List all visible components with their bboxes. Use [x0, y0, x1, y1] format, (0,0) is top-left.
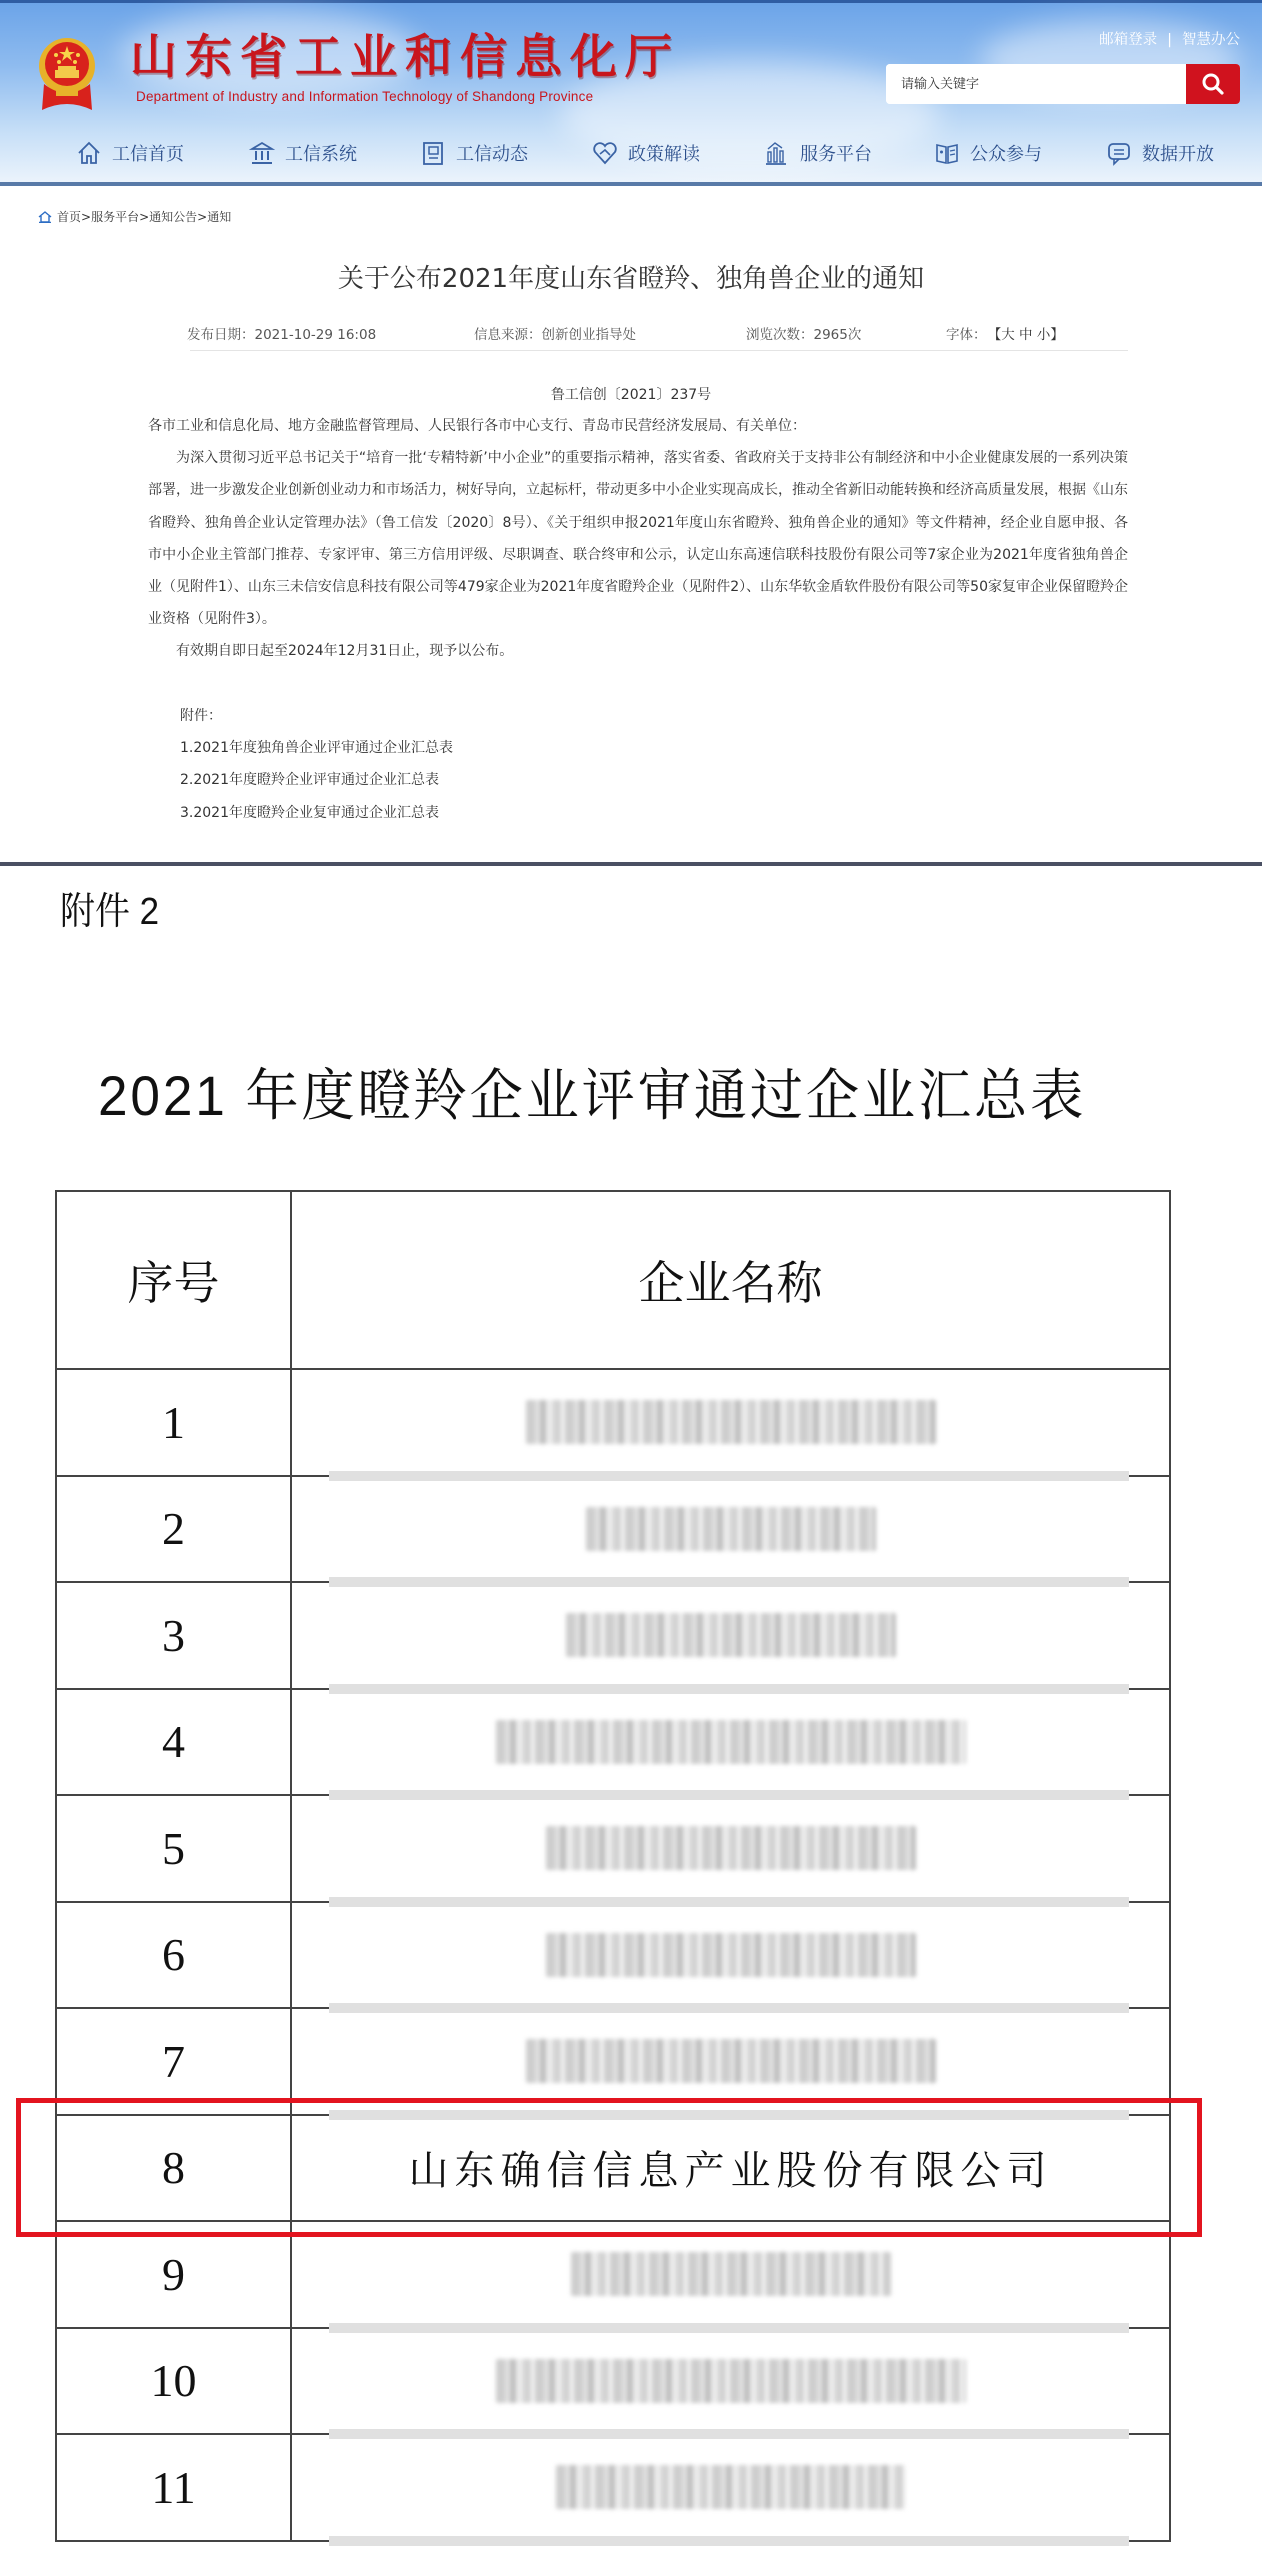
redacted-name [526, 2039, 936, 2083]
redaction-shade [329, 2323, 1129, 2333]
enterprise-table: 序号 企业名称 12345678山东确信信息产业股份有限公司91011 [55, 1190, 1171, 2542]
nav-label: 服务平台 [800, 140, 872, 166]
publish-date-value: 2021-10-29 16:08 [255, 327, 377, 343]
row-number: 9 [56, 2221, 291, 2328]
home-icon [76, 140, 102, 166]
article-title: 关于公布2021年度山东省瞪羚、独角兽企业的通知 [0, 258, 1262, 295]
info-source-value: 创新创业指导处 [542, 327, 637, 343]
enterprise-name: 山东确信信息产业股份有限公司 [409, 2148, 1053, 2194]
paragraph-validity: 有效期自即日起至2024年12月31日止，现予以公布。 [148, 635, 1128, 667]
attachment-link-2[interactable]: 2.2021年度瞪羚企业评审通过企业汇总表 [180, 764, 453, 796]
nav-item-public[interactable]: 公众参与 [934, 133, 1042, 173]
info-source: 信息来源：创新创业指导处 [474, 323, 636, 343]
table-row-highlighted: 8山东确信信息产业股份有限公司 [56, 2115, 1170, 2222]
redacted-name [566, 1613, 896, 1657]
handshake-heart-icon [592, 140, 618, 166]
redaction-shade [329, 1684, 1129, 1694]
redacted-name [571, 2252, 891, 2296]
row-number: 2 [56, 1476, 291, 1583]
row-number: 5 [56, 1795, 291, 1902]
view-count: 浏览次数：2965次 [746, 323, 861, 343]
home-icon [38, 211, 52, 223]
site-header: 山东省工业和信息化厅 Department of Industry and In… [0, 0, 1262, 186]
meta-divider [190, 350, 1128, 351]
breadcrumb-home[interactable]: 首页 [57, 210, 81, 224]
redaction-shade [329, 1897, 1129, 1907]
redaction-shade [329, 2536, 1129, 2546]
enterprise-name-cell [291, 1689, 1170, 1796]
nav-label: 数据开放 [1142, 140, 1214, 166]
redaction-shade [329, 1790, 1129, 1800]
redacted-name [496, 1720, 966, 1764]
font-size-medium[interactable]: 中 [1019, 327, 1033, 343]
header-top-line [0, 0, 1262, 3]
search-input[interactable] [886, 64, 1186, 104]
row-number: 10 [56, 2328, 291, 2435]
redacted-name [586, 1507, 876, 1551]
table-row: 7 [56, 2008, 1170, 2115]
breadcrumb-separator: > [81, 210, 91, 224]
breadcrumb-service-platform[interactable]: 服务平台 [91, 210, 139, 224]
attachment-link-3[interactable]: 3.2021年度瞪羚企业复审通过企业汇总表 [180, 797, 453, 829]
redaction-shade [329, 2429, 1129, 2439]
view-count-value: 2965次 [814, 327, 862, 343]
redacted-name [496, 2359, 966, 2403]
document-title: 2021 年度瞪羚企业评审通过企业汇总表 [98, 1052, 1086, 1132]
row-number: 3 [56, 1582, 291, 1689]
redaction-shade [329, 2003, 1129, 2013]
enterprise-name-cell [291, 2221, 1170, 2328]
nav-label: 公众参与 [970, 140, 1042, 166]
redacted-name [546, 1933, 916, 1977]
nav-item-open-data[interactable]: 数据开放 [1106, 133, 1214, 173]
redaction-shade [329, 2110, 1129, 2120]
nav-item-policy[interactable]: 政策解读 [592, 133, 700, 173]
nav-label: 工信动态 [456, 140, 528, 166]
column-header-name: 企业名称 [291, 1191, 1170, 1369]
table-row: 5 [56, 1795, 1170, 1902]
nav-item-news[interactable]: 工信动态 [420, 133, 528, 173]
nav-item-service[interactable]: 服务平台 [764, 133, 872, 173]
paragraph-main: 为深入贯彻习近平总书记关于“培育一批‘专精特新’中小企业”的重要指示精神，落实省… [148, 442, 1128, 635]
font-size-control: 字体：【大 中 小】 [946, 323, 1064, 343]
redacted-name [546, 1826, 916, 1870]
table-row: 4 [56, 1689, 1170, 1796]
open-book-icon [934, 140, 960, 166]
view-count-label: 浏览次数： [746, 327, 814, 343]
government-building-icon [249, 140, 275, 166]
redacted-name [556, 2465, 906, 2509]
nav-item-home[interactable]: 工信首页 [76, 133, 184, 173]
nav-bottom-bar [0, 182, 1262, 186]
breadcrumb-separator: > [139, 210, 149, 224]
enterprise-name-cell [291, 2434, 1170, 2541]
smart-office-link[interactable]: 智慧办公 [1182, 32, 1240, 48]
row-number: 6 [56, 1902, 291, 2009]
site-title: 山东省工业和信息化厅 [130, 30, 680, 86]
search-button[interactable] [1186, 64, 1240, 104]
row-number: 7 [56, 2008, 291, 2115]
row-number: 8 [56, 2115, 291, 2222]
national-emblem-logo[interactable] [38, 28, 96, 114]
nav-label: 政策解读 [628, 140, 700, 166]
breadcrumb-announcements[interactable]: 通知公告 [149, 210, 197, 224]
enterprise-name-cell: 山东确信信息产业股份有限公司 [291, 2115, 1170, 2222]
redacted-name [526, 1400, 936, 1444]
attachment-label: 附件 2 [60, 880, 159, 935]
table-row: 11 [56, 2434, 1170, 2541]
site-subtitle: Department of Industry and Information T… [136, 89, 593, 104]
recipients: 各市工业和信息化局、地方金融监督管理局、人民银行各市中心支行、青岛市民营经济发展… [148, 410, 1128, 442]
enterprise-name-cell [291, 1902, 1170, 2009]
attachments-list: 附件： 1.2021年度独角兽企业评审通过企业汇总表 2.2021年度瞪羚企业评… [180, 700, 453, 829]
table-header-row: 序号 企业名称 [56, 1191, 1170, 1369]
section-divider [0, 862, 1262, 866]
redaction-shade [329, 1471, 1129, 1481]
main-nav: 工信首页 工信系统 工信动态 政策解读 服务平台 公众参与 数据开放 [0, 133, 1262, 173]
nav-label: 工信系统 [285, 140, 357, 166]
document-number: 鲁工信创〔2021〕237号 [0, 384, 1262, 404]
font-size-label: 字体： [946, 327, 987, 343]
row-number: 11 [56, 2434, 291, 2541]
enterprise-name-cell [291, 1795, 1170, 1902]
mailbox-login-link[interactable]: 邮箱登录 [1099, 32, 1157, 48]
table-row: 3 [56, 1582, 1170, 1689]
news-document-icon [420, 140, 446, 166]
search-box [886, 64, 1240, 104]
enterprise-name-cell [291, 2328, 1170, 2435]
table-row: 1 [56, 1369, 1170, 1476]
enterprise-name-cell [291, 2008, 1170, 2115]
publish-date-label: 发布日期： [187, 327, 255, 343]
breadcrumb-notice[interactable]: 通知 [207, 210, 231, 224]
breadcrumb: 首页>服务平台>通知公告>通知 [38, 208, 231, 225]
font-size-large[interactable]: 大 [1001, 327, 1015, 343]
bracket: 】 [1050, 327, 1064, 343]
row-number: 1 [56, 1369, 291, 1476]
column-header-number: 序号 [56, 1191, 291, 1369]
nav-label: 工信首页 [112, 140, 184, 166]
chat-bubble-icon [1106, 140, 1132, 166]
breadcrumb-separator: > [197, 210, 207, 224]
font-size-small[interactable]: 小 [1037, 327, 1051, 343]
attachment-link-1[interactable]: 1.2021年度独角兽企业评审通过企业汇总表 [180, 732, 453, 764]
info-source-label: 信息来源： [474, 327, 542, 343]
bar-chart-icon [764, 140, 790, 166]
search-icon [1201, 72, 1225, 96]
table-row: 6 [56, 1902, 1170, 2009]
attachments-label: 附件： [180, 700, 453, 732]
table-row: 2 [56, 1476, 1170, 1583]
publish-date: 发布日期：2021-10-29 16:08 [187, 323, 376, 343]
enterprise-name-cell [291, 1476, 1170, 1583]
article-body: 各市工业和信息化局、地方金融监督管理局、人民银行各市中心支行、青岛市民营经济发展… [148, 410, 1128, 668]
redaction-shade [329, 1577, 1129, 1587]
top-links: 邮箱登录|智慧办公 [1099, 28, 1240, 49]
table-row: 10 [56, 2328, 1170, 2435]
table-row: 9 [56, 2221, 1170, 2328]
nav-item-system[interactable]: 工信系统 [249, 133, 357, 173]
enterprise-name-cell [291, 1582, 1170, 1689]
enterprise-name-cell [291, 1369, 1170, 1476]
row-number: 4 [56, 1689, 291, 1796]
link-separator: | [1167, 32, 1172, 48]
